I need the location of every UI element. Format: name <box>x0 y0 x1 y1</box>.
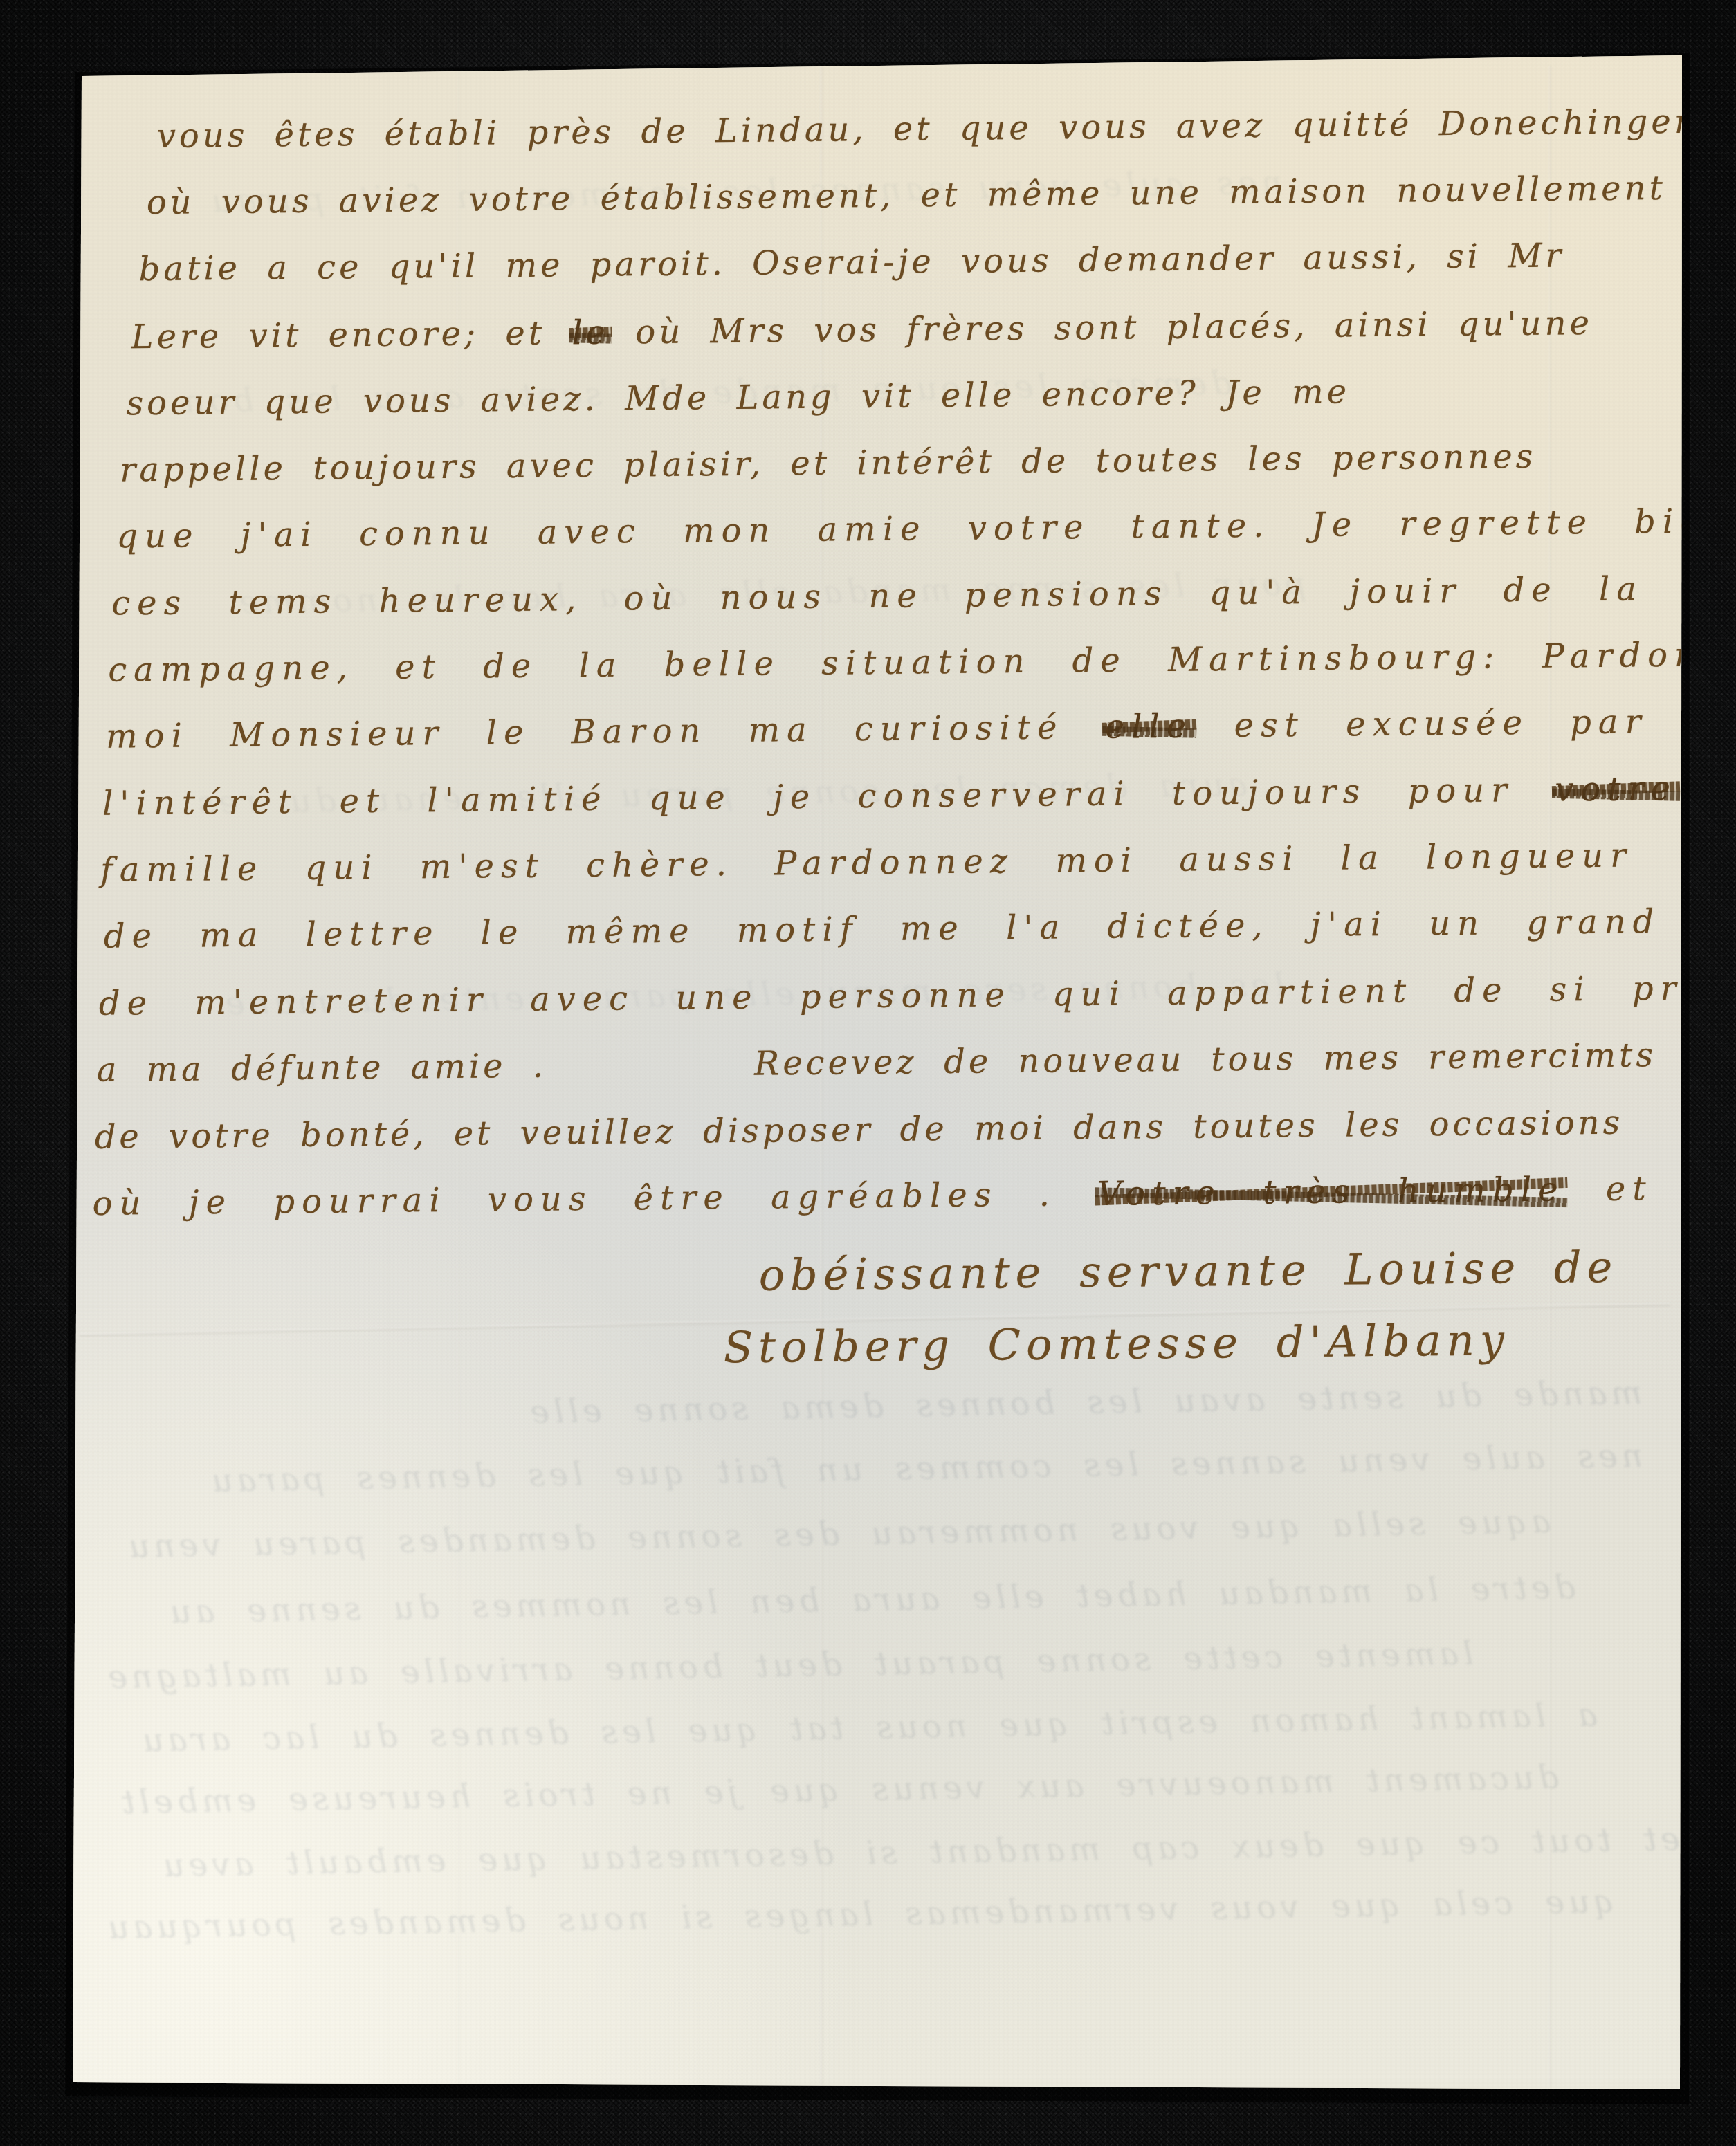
letter-line: ces tems heureux, où nous ne pensions qu… <box>111 569 1643 623</box>
letter-line-text: où je pourrai vous être agréables . <box>92 1175 1097 1223</box>
letter-line-text: est excusée par <box>1193 702 1648 745</box>
letter-line: de votre bonté, et veuillez disposer de … <box>94 1103 1623 1157</box>
letter-line: où je pourrai vous être agréables . Votr… <box>92 1169 1652 1223</box>
letter-line-text: où Mrs vos frères sont placés, ainsi qu'… <box>609 304 1593 352</box>
letter-line: moi Monsieur le Baron ma curiosité elle … <box>106 702 1648 755</box>
letter-line-text: Lere vit encore; et <box>131 313 572 356</box>
crossed-out-text: elle <box>1105 707 1194 746</box>
letter-line-text: et <box>1564 1169 1652 1209</box>
letter-line: a ma défunte amie .Recevez de nouveau to… <box>97 1036 1657 1090</box>
letter-page: nes aule venu sannes les commes un fait … <box>0 0 1736 2146</box>
letter-line: l'intérêt et l'amitié que je conserverai… <box>102 769 1677 823</box>
letter-line: Lere vit encore; et le où Mrs vos frères… <box>131 304 1593 356</box>
letter-line: vous êtes établi près de Lindau, et que … <box>157 102 1715 156</box>
letter-line: de m'entretenir avec une personne qui ap… <box>99 969 1734 1023</box>
letter-line: où vous aviez votre établissement, et mê… <box>146 169 1666 222</box>
letter-line: campagne, et de la belle situation de Ma… <box>108 634 1736 689</box>
letter-line: que j'ai connu avec mon amie votre tante… <box>116 502 1735 556</box>
letter-line: de ma lettre le même motif me l'a dictée… <box>104 900 1736 955</box>
letter-line-text: moi Monsieur le Baron ma curiosité <box>106 708 1105 756</box>
photo-backdrop: nes aule venu sannes les commes un fait … <box>0 0 1736 2146</box>
signature-line: Stolberg Comtesse d'Albany <box>723 1314 1510 1373</box>
crossed-out-text: Votre très humble <box>1097 1170 1565 1213</box>
crossed-out-text: votre <box>1555 769 1677 809</box>
letter-line: soeur que vous aviez. Mde Lang vit elle … <box>126 372 1350 423</box>
crossed-out-text: le <box>572 313 609 353</box>
letter-line-text: a ma défunte amie . <box>97 1047 547 1090</box>
handwriting-gap <box>547 1075 754 1077</box>
letter-text: vous êtes établi près de Lindau, et que … <box>0 0 1736 2146</box>
letter-line-text: l'intérêt et l'amitié que je conserverai… <box>102 771 1555 823</box>
letter-line-text: Recevez de nouveau tous mes remercimts <box>754 1036 1657 1083</box>
letter-line: batie a ce qu'il me paroit. Oserai-je vo… <box>138 236 1564 288</box>
letter-line: rappelle toujours avec plaisir, et intér… <box>120 437 1536 490</box>
signature-line: obéissante servante Louise de <box>758 1242 1618 1301</box>
letter-line: famille qui m'est chère. Pardonnez moi a… <box>100 836 1634 890</box>
